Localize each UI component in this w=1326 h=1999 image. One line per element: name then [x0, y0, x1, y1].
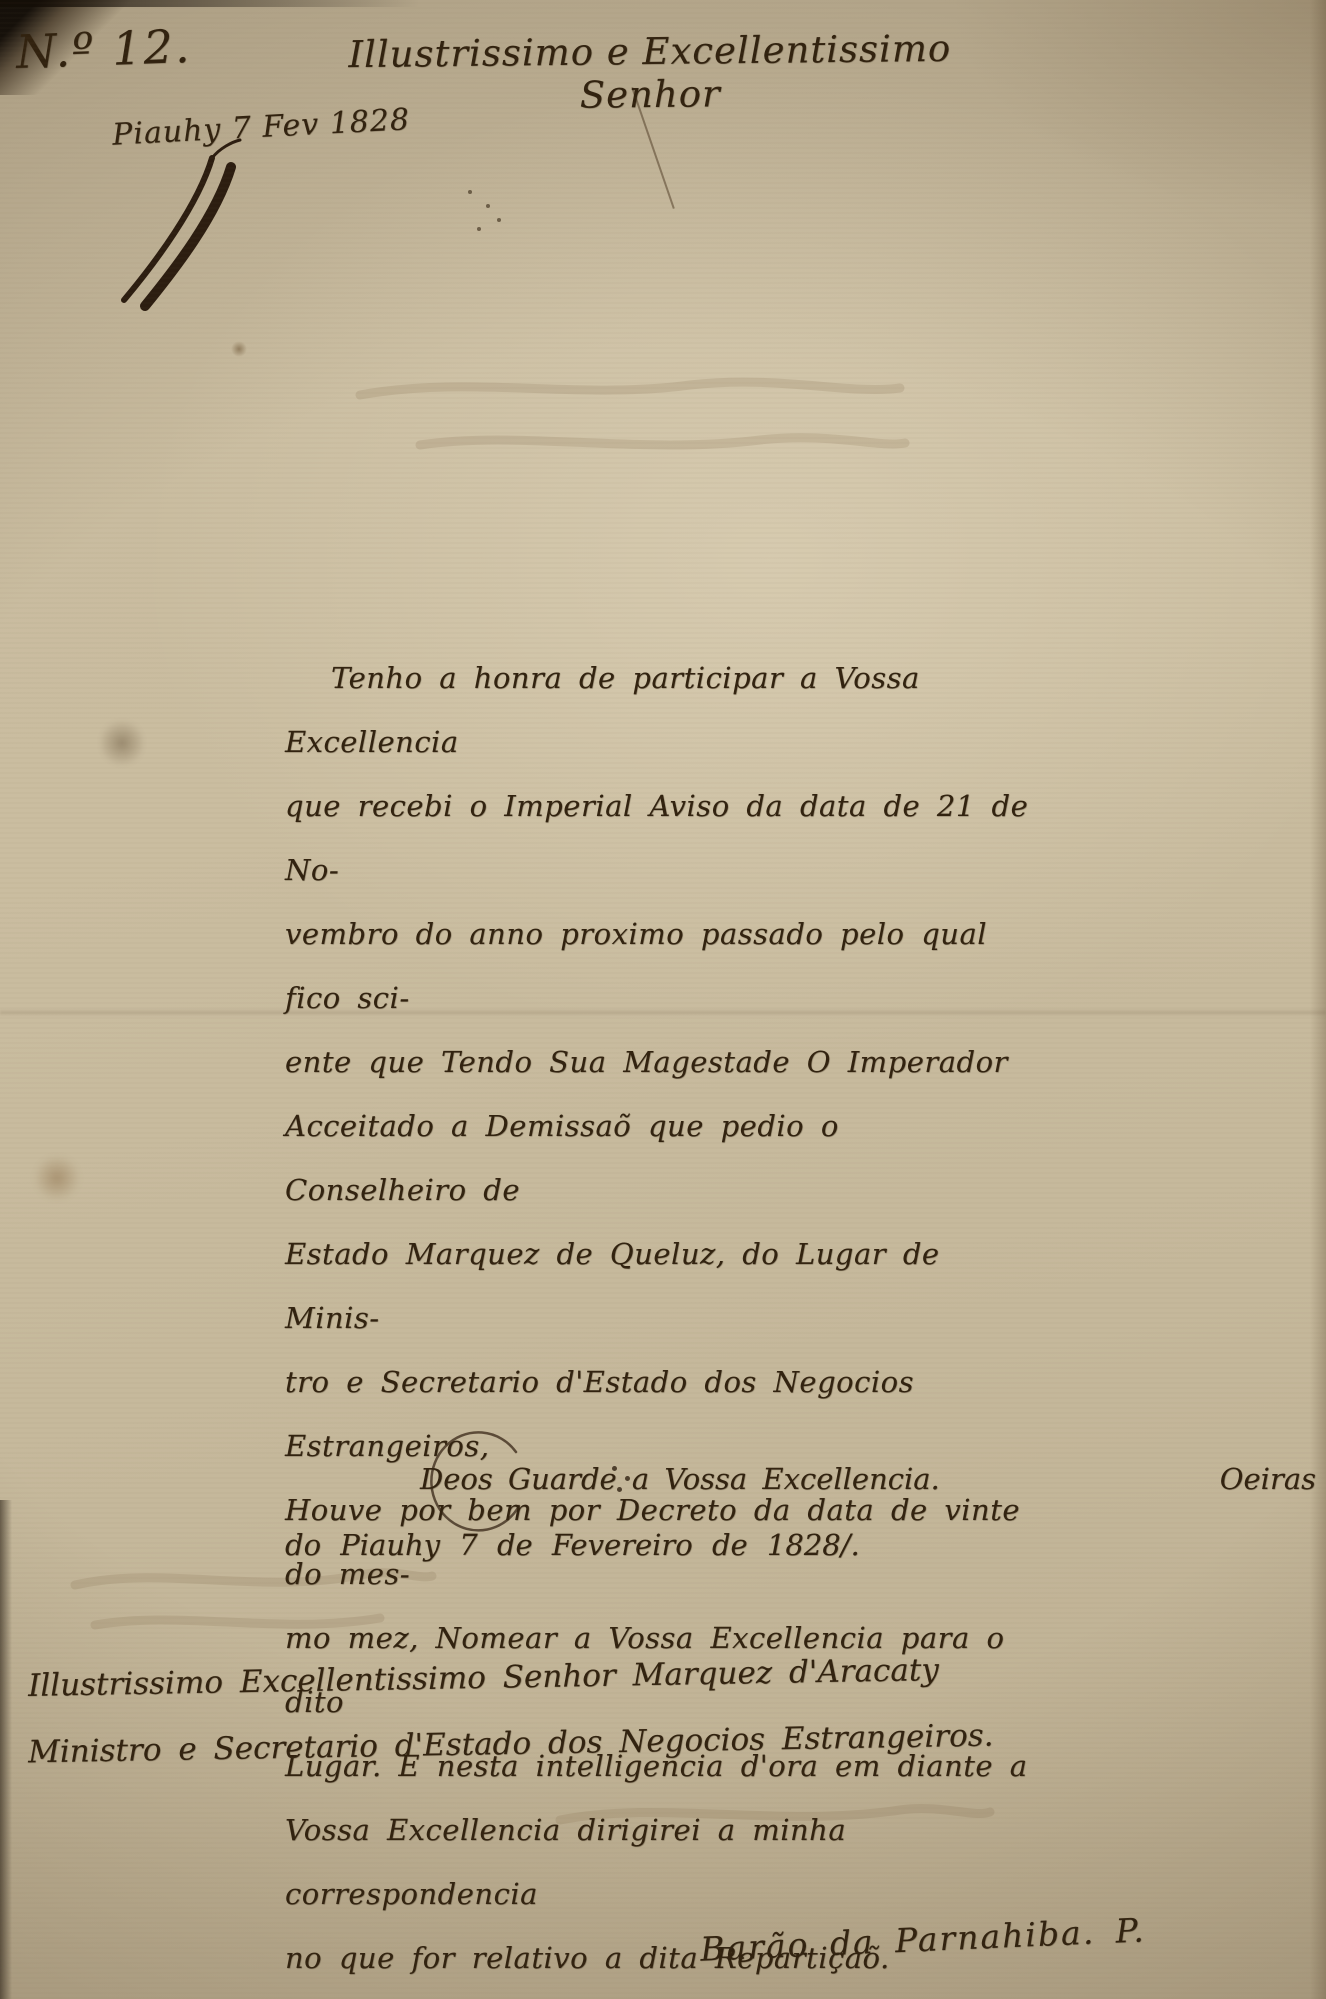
ink-speck	[477, 227, 481, 231]
body-line: que recebi o Imperial Aviso da data de 2…	[285, 774, 1035, 902]
letter-body: Tenho a honra de participar a Vossa Exce…	[285, 646, 1035, 1990]
valediction-place: Oeiras	[1220, 1462, 1316, 1496]
manuscript-page: N.º 12. Illustrissimo e Excellentissimo …	[0, 0, 1326, 1999]
body-line: tro e Secretario d'Estado dos Negocios E…	[285, 1350, 1035, 1478]
ink-stain	[231, 341, 247, 357]
paper-stain	[100, 718, 144, 768]
body-line: Tenho a honra de participar a Vossa Exce…	[285, 646, 1035, 774]
paper-stain	[34, 1156, 80, 1200]
body-line: Acceitado a Demissaõ que pedio o Conselh…	[285, 1094, 1035, 1222]
valediction-text: Deos Guarde a Vossa Excellencia.	[420, 1462, 940, 1496]
date-annotation: Piauhy 7 Fev 1828	[111, 102, 411, 153]
ink-speck	[468, 190, 472, 194]
page-left-edge	[0, 1500, 12, 1999]
ink-speck	[486, 204, 490, 208]
valediction-line: Deos Guarde a Vossa Excellencia. Oeiras	[420, 1462, 1316, 1496]
dateline: do Piauhy 7 de Fevereiro de 1828/.	[285, 1528, 860, 1562]
body-line: vembro do anno proximo passado pelo qual…	[285, 902, 1035, 1030]
document-number-label: N.º 12.	[15, 19, 192, 79]
double-slash-mark	[124, 140, 240, 306]
body-line: Estado Marquez de Queluz, do Lugar de Mi…	[285, 1222, 1035, 1350]
ink-speck	[497, 218, 501, 222]
page-right-edge	[1310, 0, 1326, 1999]
body-line: Vossa Excellencia dirigirei a minha corr…	[285, 1798, 1035, 1926]
page-top-edge	[0, 0, 420, 7]
body-line: ente que Tendo Sua Magestade O Imperador	[285, 1030, 1035, 1094]
